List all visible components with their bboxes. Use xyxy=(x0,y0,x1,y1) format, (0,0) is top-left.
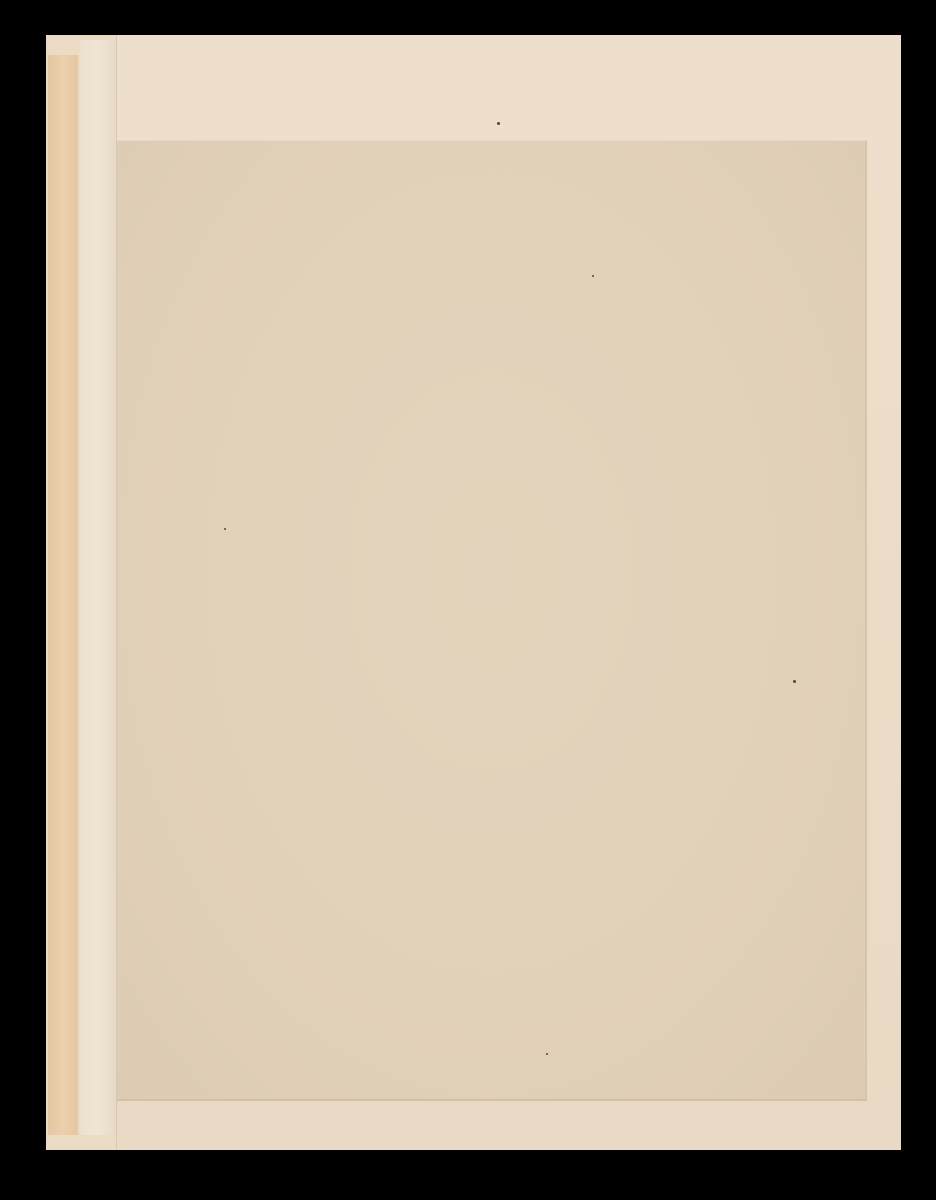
hinge-strip xyxy=(80,40,116,1135)
hinge-tape xyxy=(48,55,78,1135)
paper-speck xyxy=(497,122,500,125)
paper-speck xyxy=(793,680,796,683)
paper-speck xyxy=(546,1053,548,1055)
plate-mark-impression xyxy=(117,140,867,1101)
paper-speck xyxy=(592,275,594,277)
paper-speck xyxy=(224,528,226,530)
